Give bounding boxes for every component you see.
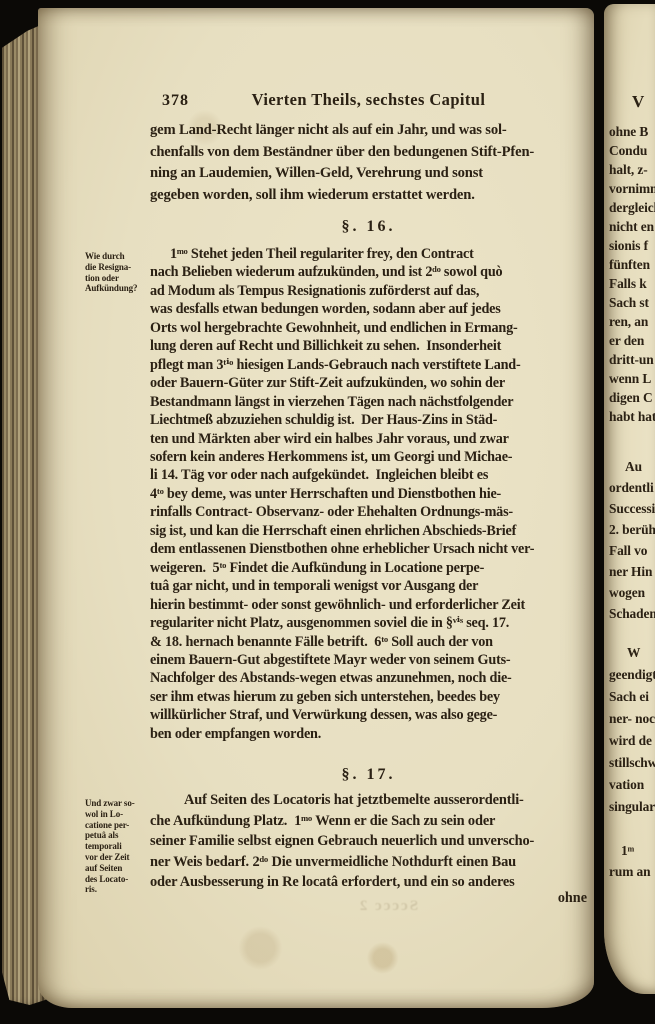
text-line: ben oder empfangen worden.	[150, 725, 591, 743]
text-line: li 14. Täg vor oder nach aufgekündet. In…	[150, 466, 591, 484]
text-line: W	[609, 642, 655, 664]
text-line: nach Belieben wiederum aufzukünden, und …	[150, 263, 591, 281]
text-line: die Resigna-	[85, 262, 147, 273]
text-line: er den	[609, 331, 655, 350]
text-line: dritt-un	[609, 350, 655, 369]
text-line: rum an	[609, 861, 655, 882]
text-line: dem entlassenen Dienstbothen ohne erhebl…	[150, 540, 591, 558]
text-line: gegeben worden, soll ihm wiederum erstat…	[150, 185, 591, 207]
text-line: wenn L	[609, 369, 655, 388]
text-line: wird de	[609, 730, 655, 752]
text-line: Orts wol hergebrachte Gewohnheit, und en…	[150, 319, 591, 337]
text-line: hierin bestimmt- oder sonst gewöhnlich- …	[150, 596, 591, 614]
text-line: Liechtmeß abzuziehen schuldig ist. Der H…	[150, 411, 591, 429]
bleedthrough-text: Scccc 2	[288, 898, 488, 915]
text-line: geendigt	[609, 664, 655, 686]
text-line: rinfalls Contract- Observanz- oder Eheha…	[150, 503, 591, 521]
text-line: digen C	[609, 388, 655, 407]
text-line: & 18. hernach benannte Fälle betrift. 6ᵗ…	[150, 633, 591, 651]
text-line: ohne B	[609, 122, 655, 141]
text-line: ser ihm etwas hierum zu geben sich unter…	[150, 688, 591, 706]
text-line: des Locato-	[85, 874, 147, 885]
text-line: vor der Zeit	[85, 852, 147, 863]
text-line: lung deren auf Recht und Billichkeit zu …	[150, 337, 591, 355]
text-line: was desfalls etwan bedungen worden, soda…	[150, 300, 591, 318]
text-line: ner Weis bedarf. 2ᵈᵒ Die unvermeidliche …	[150, 852, 591, 873]
text-line: regulariter nicht Platz, ausgenommen sov…	[150, 614, 591, 632]
text-line: ten und Märkten aber wird ein halbes Jah…	[150, 430, 591, 448]
text-line: 1ᵐᵒ Stehet jeden Theil regulariter frey,…	[150, 245, 591, 263]
text-line: sionis f	[609, 236, 655, 255]
text-line: Schaden	[609, 603, 655, 624]
scanned-book-photo: { "book": { "left_page": { "page_number"…	[0, 0, 655, 1024]
text-line: Nachfolger des Abstands-wegen etwas anzu…	[150, 669, 591, 687]
text-line: ordentli	[609, 477, 655, 498]
text-line: ris.	[85, 884, 147, 895]
section-17-heading: §. 17.	[150, 766, 587, 784]
text-line: tion oder	[85, 273, 147, 284]
right-page-text-fragment: AuordentliSuccessi2. berühFall voner Hin…	[609, 456, 655, 624]
text-line: sig ist, und kan die Herrschaft einen eh…	[150, 522, 591, 540]
text-line: tuâ gar nicht, und in temporali wenigst …	[150, 577, 591, 595]
text-line: 2. berüh	[609, 519, 655, 540]
text-line: seiner Familie selbst eignen Gebrauch ne…	[150, 831, 591, 852]
text-line: 4ᵗᵒ bey deme, was unter Herrschaften und…	[150, 485, 591, 503]
text-line: Und zwar so-	[85, 798, 147, 809]
right-page-text-fragment: ohne BConduhalt, z-vornimmdergleichnicht…	[609, 122, 655, 426]
text-line: singular	[609, 796, 655, 818]
text-line: gem Land-Recht länger nicht als auf ein …	[150, 120, 591, 142]
text-line: auf Seiten	[85, 863, 147, 874]
text-line: 1ᵐ	[609, 840, 655, 861]
left-page: 378 Vierten Theils, sechstes Capitul gem…	[38, 8, 594, 1008]
text-line: vornimm	[609, 179, 655, 198]
text-line: wol in Lo-	[85, 809, 147, 820]
text-line: oder Bauern-Güter zur Stift-Zeit aufzukü…	[150, 374, 591, 392]
text-line: ren, an	[609, 312, 655, 331]
text-line: wogen	[609, 582, 655, 603]
text-line: ning an Laudemien, Willen-Geld, Verehrun…	[150, 163, 591, 185]
text-line: petuâ als	[85, 830, 147, 841]
right-page-text-fragment: 1ᵐrum an	[609, 840, 655, 882]
section-16-heading: §. 16.	[150, 218, 587, 236]
section-17-margin-note: Und zwar so-wol in Lo-catione per-petuâ …	[85, 798, 147, 895]
text-line: Fall vo	[609, 540, 655, 561]
text-line: chenfalls von dem Beständner über den be…	[150, 142, 591, 164]
text-line: vation	[609, 774, 655, 796]
text-line: habt hat	[609, 407, 655, 426]
text-line: Au	[609, 456, 655, 477]
text-line: sofern kein anderes Herkommens ist, um G…	[150, 448, 591, 466]
text-line: fünften	[609, 255, 655, 274]
text-line: ner- noc	[609, 708, 655, 730]
text-line: nicht en	[609, 217, 655, 236]
text-line: Wie durch	[85, 251, 147, 262]
section-17-body: Auf Seiten des Locatoris hat jetztbemelt…	[150, 790, 591, 893]
text-line: ad Modum als Tempus Resignationis zuförd…	[150, 282, 591, 300]
text-line: Auf Seiten des Locatoris hat jetztbemelt…	[150, 790, 591, 811]
text-line: Sach ei	[609, 686, 655, 708]
text-line: dergleich	[609, 198, 655, 217]
running-title: Vierten Theils, sechstes Capitul	[150, 90, 587, 110]
right-page-text-fragment: WgeendigtSach einer- nocwird destillschw…	[609, 642, 655, 818]
text-line: Bestandmann längst in vierzehen Tägen na…	[150, 393, 591, 411]
text-line: temporali	[85, 841, 147, 852]
text-line: Successi	[609, 498, 655, 519]
section-16-body: 1ᵐᵒ Stehet jeden Theil regulariter frey,…	[150, 245, 591, 743]
section-16-margin-note: Wie durchdie Resigna-tion oderAufkündung…	[85, 251, 147, 294]
intro-paragraph: gem Land-Recht länger nicht als auf ein …	[150, 120, 591, 206]
text-line: catione per-	[85, 820, 147, 831]
text-line: Sach st	[609, 293, 655, 312]
text-line: Condu	[609, 141, 655, 160]
right-running-title-fragment: V	[632, 92, 644, 112]
text-line: Falls k	[609, 274, 655, 293]
text-line: ner Hin	[609, 561, 655, 582]
text-line: willkürlicher Straf, und Verwürkung dess…	[150, 706, 591, 724]
text-line: halt, z-	[609, 160, 655, 179]
text-line: Aufkündung?	[85, 283, 147, 294]
text-line: weigeren. 5ᵗᵒ Findet die Aufkündung in L…	[150, 559, 591, 577]
right-page-sliver: V ohne BConduhalt, z-vornimmdergleichnic…	[604, 4, 655, 994]
text-line: stillschw	[609, 752, 655, 774]
text-line: einem Bauern-Gut abgestiftete Mayr weder…	[150, 651, 591, 669]
text-line: che Aufkündung Platz. 1ᵐᵒ Wenn er die Sa…	[150, 811, 591, 832]
text-line: pflegt man 3ᵗⁱᵒ hiesigen Lands-Gebrauch …	[150, 356, 591, 374]
